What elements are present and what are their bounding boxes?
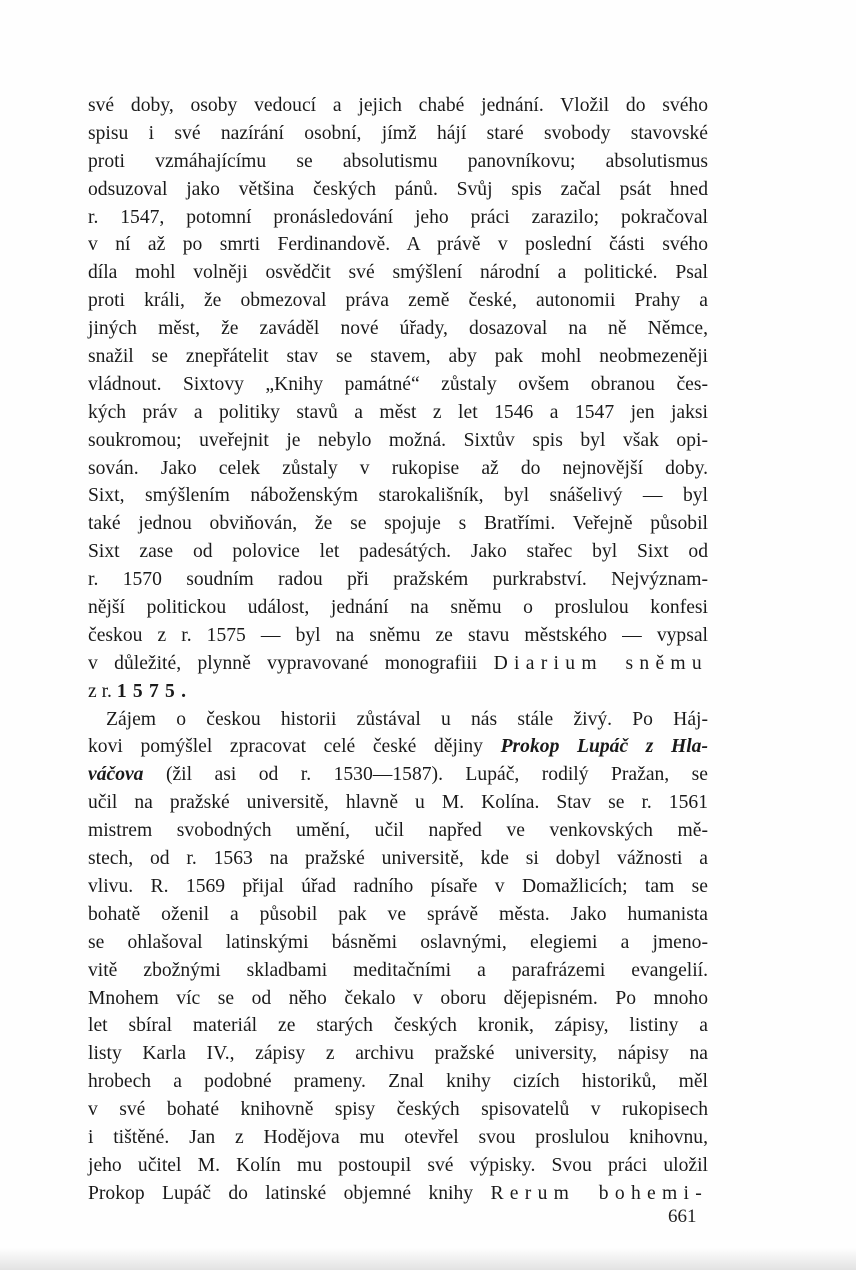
paragraph-start-line: Zájem o českou historii zůstával u nás s…	[88, 706, 708, 734]
text-line: Sixt zase od polovice let padesátých. Ja…	[88, 538, 708, 566]
text-line: Prokop Lupáč do latinské objemné knihy R…	[88, 1180, 708, 1208]
italic-name: Prokop Lupáč z Hla-	[501, 736, 708, 757]
text-line: své doby, osoby vedoucí a jejich chabé j…	[88, 92, 708, 120]
scan-edge-shadow	[0, 1248, 856, 1270]
text-line: Sixt, smýšlením náboženským starokališní…	[88, 482, 708, 510]
page-number: 661	[668, 1206, 697, 1228]
text-line: bohatě oženil a působil pak ve správě mě…	[88, 901, 708, 929]
text-line: jiných měst, že zaváděl nové úřady, dosa…	[88, 315, 708, 343]
text-line: Mnohem víc se od něho čekalo v oboru děj…	[88, 985, 708, 1013]
text-run: z r.	[88, 681, 117, 702]
text-line: soukromou; uveřejnit je nebylo možná. Si…	[88, 427, 708, 455]
text-line: proti vzmáhajícímu se absolutismu panovn…	[88, 148, 708, 176]
text-line: vládnout. Sixtovy „Knihy památné“ zůstal…	[88, 371, 708, 399]
text-line: sován. Jako celek zůstaly v rukopise až …	[88, 455, 708, 483]
text-line: také jednou obviňován, že se spojuje s B…	[88, 510, 708, 538]
text-line: nější politickou událost, jednání na sně…	[88, 594, 708, 622]
text-line: českou z r. 1575 — byl na sněmu ze stavu…	[88, 622, 708, 650]
body-text: své doby, osoby vedoucí a jejich chabé j…	[88, 92, 708, 1208]
text-line: se ohlašoval latinskými básněmi oslavným…	[88, 929, 708, 957]
text-line: v důležité, plynně vypravované monografi…	[88, 650, 708, 678]
book-page: své doby, osoby vedoucí a jejich chabé j…	[0, 0, 856, 1270]
text-line: z r. 1575.	[88, 678, 708, 706]
text-line: váčova (žil asi od r. 1530—1587). Lupáč,…	[88, 761, 708, 789]
spaced-title: Rerum bohemi-	[490, 1183, 708, 1204]
text-line: stech, od r. 1563 na pražské universitě,…	[88, 845, 708, 873]
text-line: odsuzoval jako většina českých pánů. Svů…	[88, 176, 708, 204]
text-line: vitě zbožnými skladbami meditačními a pa…	[88, 957, 708, 985]
text-line: let sbíral materiál ze starých českých k…	[88, 1012, 708, 1040]
text-run: Prokop Lupáč do latinské objemné knihy	[88, 1183, 490, 1204]
text-line: učil na pražské universitě, hlavně u M. …	[88, 789, 708, 817]
text-line: v ní až po smrti Ferdinandově. A právě v…	[88, 231, 708, 259]
text-line: r. 1570 soudním radou při pražském purkr…	[88, 566, 708, 594]
text-run: v důležité, plynně vypravované monografi…	[88, 653, 494, 674]
text-line: proti králi, že obmezoval práva země čes…	[88, 287, 708, 315]
text-line: v své bohaté knihovně spisy českých spis…	[88, 1096, 708, 1124]
text-line: snažil se znepřátelit stav se stavem, ab…	[88, 343, 708, 371]
text-run: kovi pomýšlel zpracovat celé české dějin…	[88, 736, 501, 757]
text-line: i tištěné. Jan z Hodějova mu otevřel svo…	[88, 1124, 708, 1152]
spaced-title: Diarium sněmu	[494, 653, 708, 674]
text-line: kovi pomýšlel zpracovat celé české dějin…	[88, 733, 708, 761]
text-line: r. 1547, potomní pronásledování jeho prá…	[88, 204, 708, 232]
text-line: jeho učitel M. Kolín mu postoupil své vý…	[88, 1152, 708, 1180]
spaced-year: 1575.	[117, 681, 192, 702]
text-line: vlivu. R. 1569 přijal úřad radního písař…	[88, 873, 708, 901]
text-line: hrobech a podobné prameny. Znal knihy ci…	[88, 1068, 708, 1096]
text-line: díla mohl volněji osvědčit své smýšlení …	[88, 259, 708, 287]
italic-name: váčova	[88, 764, 143, 785]
text-line: listy Karla IV., zápisy z archivu pražsk…	[88, 1040, 708, 1068]
text-line: spisu i své nazírání osobní, jímž hájí s…	[88, 120, 708, 148]
text-line: kých práv a politiky stavů a měst z let …	[88, 399, 708, 427]
text-run: (žil asi od r. 1530—1587). Lupáč, rodilý…	[143, 764, 708, 785]
text-line: mistrem svobodných umění, učil napřed ve…	[88, 817, 708, 845]
